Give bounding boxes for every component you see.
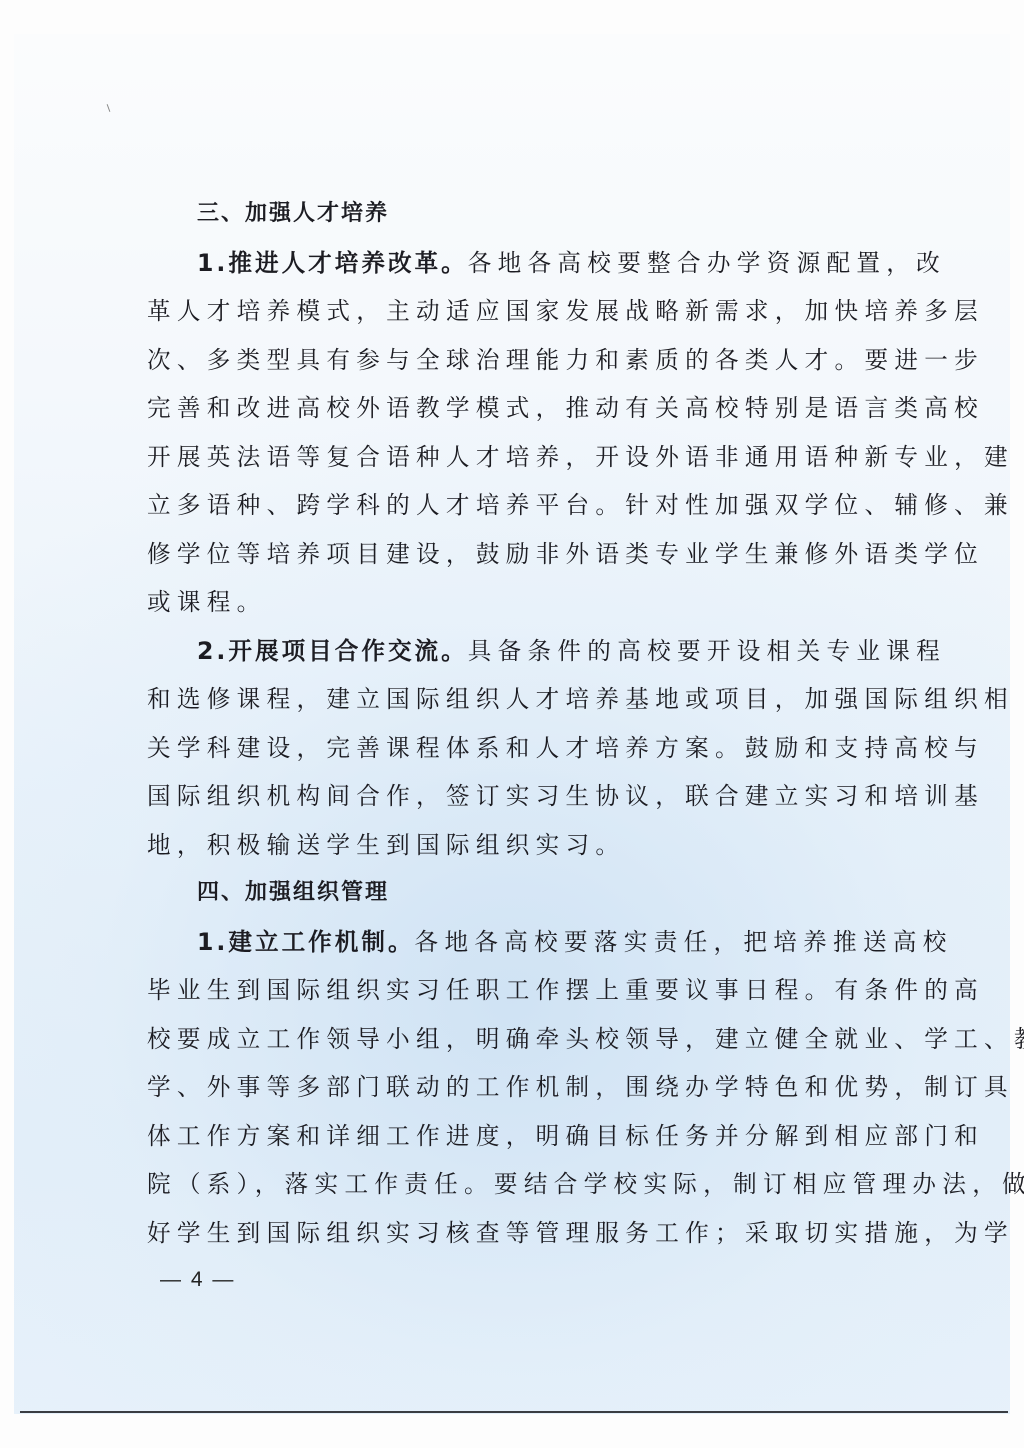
paragraph-line: 校要成立工作领导小组，明确牵头校领导，建立健全就业、学工、教 [147,1015,877,1064]
paragraph-line: 院（系），落实工作责任。要结合学校实际，制订相应管理办法，做 [147,1160,877,1209]
item-lead: 1.建立工作机制。 [197,928,415,956]
paragraph-line: 好学生到国际组织实习核查等管理服务工作；采取切实措施，为学 [147,1209,877,1258]
paragraph-line: 或课程。 [147,578,877,627]
paragraph-line: 体工作方案和详细工作进度，明确目标任务并分解到相应部门和 [147,1112,877,1161]
paragraph-line: 关学科建设，完善课程体系和人才培养方案。鼓励和支持高校与 [147,724,877,773]
page-number: — 4 — [160,1268,235,1292]
paragraph-line: 革人才培养模式，主动适应国家发展战略新需求，加快培养多层 [147,287,877,336]
paragraph-line: 毕业生到国际组织实习任职工作摆上重要议事日程。有条件的高 [147,966,877,1015]
paragraph-line: 次、多类型具有参与全球治理能力和素质的各类人才。要进一步 [147,336,877,385]
item-text: 具备条件的高校要开设相关专业课程 [468,637,946,665]
section-heading-4: 四、加强组织管理 [147,869,877,918]
item-text: 各地各高校要落实责任，把培养推送高校 [415,928,953,956]
paragraph-line: 1.推进人才培养改革。各地各高校要整合办学资源配置，改 [147,239,877,288]
paragraph-line: 地，积极输送学生到国际组织实习。 [147,821,877,870]
paragraph-line: 完善和改进高校外语教学模式，推动有关高校特别是语言类高校 [147,384,877,433]
paragraph-line: 学、外事等多部门联动的工作机制，围绕办学特色和优势，制订具 [147,1063,877,1112]
paragraph-line: 1.建立工作机制。各地各高校要落实责任，把培养推送高校 [147,918,877,967]
document-body: 三、加强人才培养 1.推进人才培养改革。各地各高校要整合办学资源配置，改 革人才… [147,190,877,1257]
paragraph-line: 修学位等培养项目建设，鼓励非外语类专业学生兼修外语类学位 [147,530,877,579]
paragraph-line: 开展英法语等复合语种人才培养，开设外语非通用语种新专业，建 [147,433,877,482]
paragraph-line: 国际组织机构间合作，签订实习生协议，联合建立实习和培训基 [147,772,877,821]
item-text: 各地各高校要整合办学资源配置，改 [468,249,946,277]
item-lead: 2.开展项目合作交流。 [197,637,468,665]
paragraph-line: 和选修课程，建立国际组织人才培养基地或项目，加强国际组织相 [147,675,877,724]
paragraph-line: 2.开展项目合作交流。具备条件的高校要开设相关专业课程 [147,627,877,676]
paragraph-line: 立多语种、跨学科的人才培养平台。针对性加强双学位、辅修、兼 [147,481,877,530]
item-lead: 1.推进人才培养改革。 [197,249,468,277]
section-heading-3: 三、加强人才培养 [147,190,877,239]
scan-edge-rule [20,1411,1008,1413]
